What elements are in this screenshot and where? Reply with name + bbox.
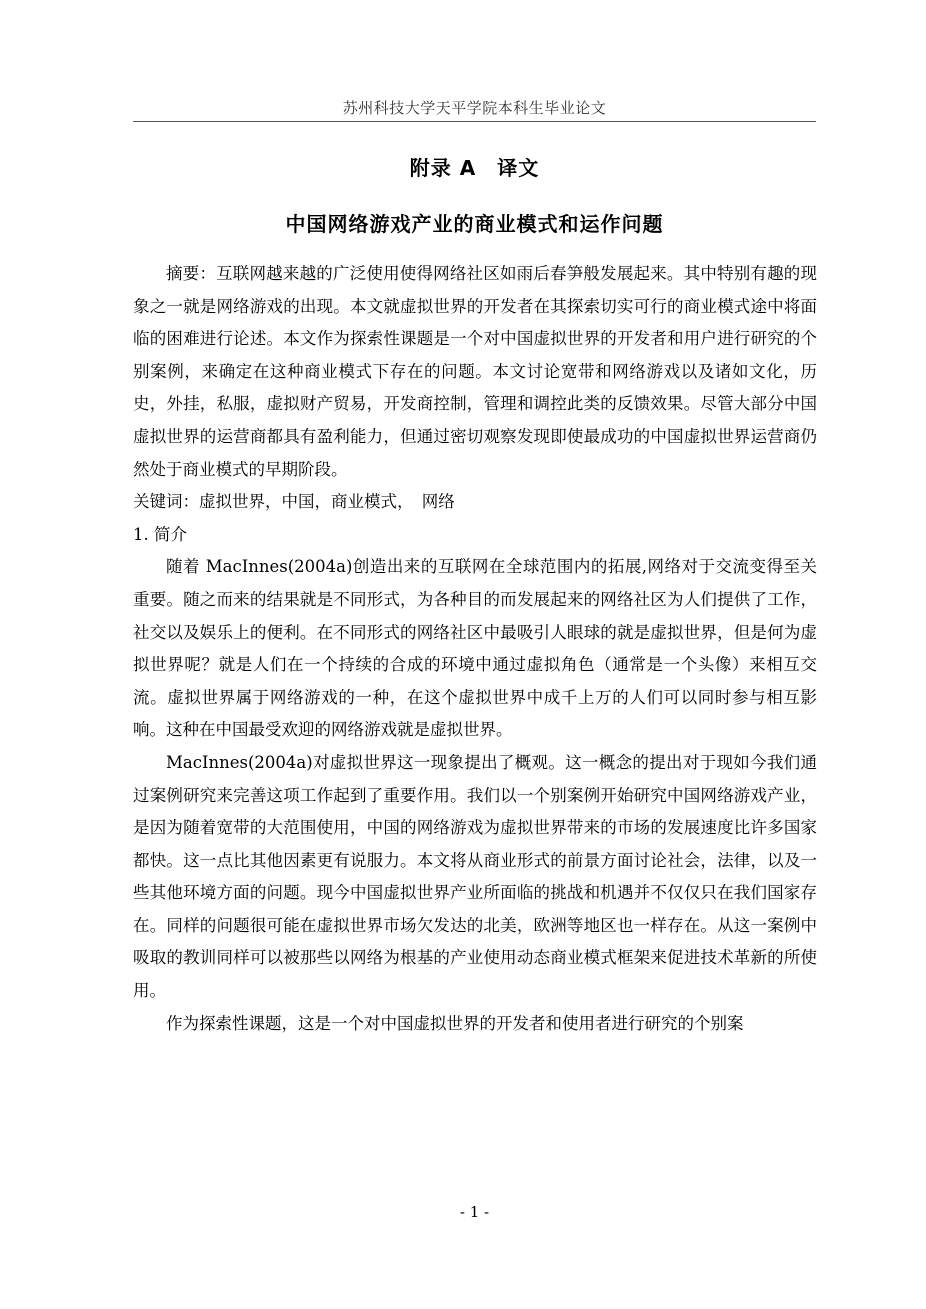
document-body: 摘要：互联网越来越的广泛使用使得网络社区如雨后春笋般发展起来。其中特别有趣的现象… (133, 258, 817, 1040)
body-paragraph: 作为探索性课题，这是一个对中国虚拟世界的开发者和使用者进行研究的个别案 (133, 1008, 817, 1041)
paper-title: 中国网络游戏产业的商业模式和运作问题 (133, 208, 816, 237)
body-paragraph: MacInnes(2004a)对虚拟世界这一现象提出了概观。这一概念的提出对于现… (133, 747, 817, 1008)
running-header: 苏州科技大学天平学院本科生毕业论文 (133, 97, 816, 118)
abstract-paragraph: 摘要：互联网越来越的广泛使用使得网络社区如雨后春笋般发展起来。其中特别有趣的现象… (133, 258, 817, 486)
section-heading: 1. 简介 (133, 519, 817, 552)
header-divider (133, 121, 816, 122)
appendix-title: 附录 A 译文 (133, 152, 816, 181)
page-number: - 1 - (133, 1203, 816, 1221)
keywords-line: 关键词：虚拟世界，中国，商业模式， 网络 (133, 486, 817, 519)
body-paragraph: 随着 MacInnes(2004a)创造出来的互联网在全球范围内的拓展,网络对于… (133, 551, 817, 747)
